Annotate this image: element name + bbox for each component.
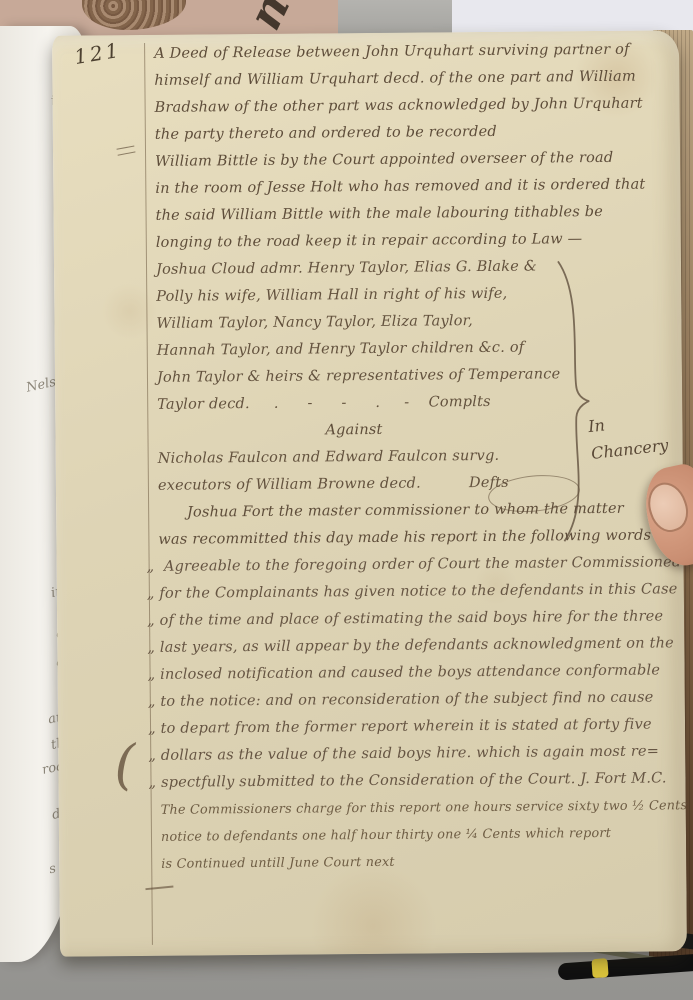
manuscript-page: 121 ( A Deed of Release between John Urq… (52, 30, 687, 956)
manuscript-line: Bradshaw of the other part was acknowled… (155, 90, 666, 121)
calligraphy-fragment: n (237, 0, 300, 38)
cable-yellow-band (591, 958, 608, 978)
entry-road-overseer: William Bittle is by the Court appointed… (155, 144, 667, 256)
commissioner-fee-note: The Commissioners charge for this report… (161, 792, 673, 877)
margin-rule-line (144, 43, 153, 945)
manuscript-line: is Continued untill June Court next (161, 846, 672, 877)
thumbnail (642, 477, 693, 536)
page-number: 121 (72, 38, 123, 69)
photo-scene: n soing6.ai—M.—NelsonFosyingelladihandth… (0, 0, 693, 1000)
manuscript-line: the said William Bittle with the male la… (155, 198, 666, 229)
end-dash-mark (145, 886, 173, 891)
manuscript-line: notice to defendants one half hour thirt… (161, 819, 672, 850)
margin-correction-mark (117, 146, 136, 156)
margin-paren-mark: ( (114, 733, 136, 796)
commissioner-report-quoted: „ Agreeable to the foregoing order of Co… (159, 549, 672, 796)
entry-deed-of-release: A Deed of Release between John Urquhart … (154, 36, 666, 148)
in-chancery-label: In Chancery (587, 405, 670, 467)
